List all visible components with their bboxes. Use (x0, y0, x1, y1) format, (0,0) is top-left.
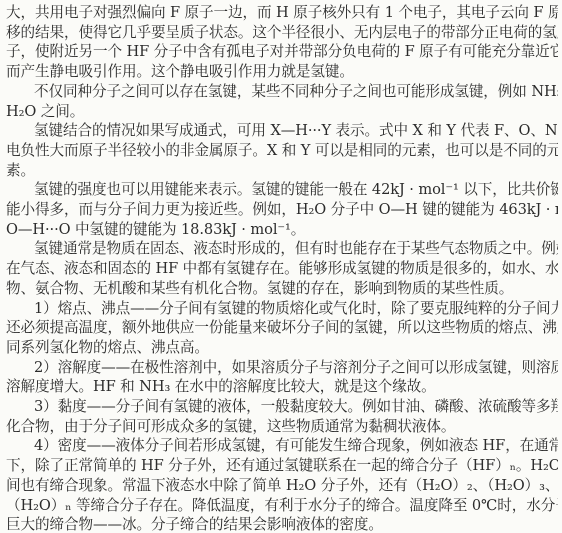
text-line: 素。 (6, 161, 558, 181)
text-line: 间也有缔合现象。常温下液态水中除了简单 H₂O 分子外，还有（H₂O）₂、（H₂… (6, 476, 558, 496)
text-line: 电负性大而原子半径较小的非金属原子。X 和 Y 可以是相同的元素，也可以是不同的… (6, 141, 558, 161)
text-line: 移的结果，使得它几乎要呈质子状态。这个半径很小、无内层电子的带部分正电荷的氢原 (6, 23, 558, 43)
text-line: 氢键的强度也可以用键能来表示。氢键的键能一般在 42kJ · mol⁻¹ 以下，… (6, 180, 558, 200)
text-line: （H₂O）ₙ 等缔合分子存在。降低温度，有利于水分子的缔合。温度降至 0℃时，水… (6, 496, 558, 516)
text-line: 氢键通常是物质在固态、液态时形成的，但有时也能存在于某些气态物质之中。例如， (6, 239, 558, 259)
text-line: 能小得多，而与分子间力更为接近些。例如，H₂O 分子中 O—H 键的键能为 46… (6, 200, 558, 220)
text-line: 同系列氢化物的熔点、沸点高。 (6, 338, 558, 358)
text-line: 子，使附近另一个 HF 分子中含有孤电子对并带部分负电荷的 F 原子有可能充分靠… (6, 42, 558, 62)
text-line: 不仅同种分子之间可以存在氢键，某些不同种分子之间也可能形成氢键，例如 NH₃ 与 (6, 82, 558, 102)
text-line: 巨大的缔合物——冰。分子缔合的结果会影响液体的密度。 (6, 515, 558, 533)
text-line: 而产生静电吸引作用。这个静电吸引作用力就是氢键。 (6, 62, 558, 82)
text-line: 氢键结合的情况如果写成通式，可用 X—H···Y 表示。式中 X 和 Y 代表 … (6, 121, 558, 141)
text-line: 还必须提高温度，额外地供应一份能量来破坏分子间的氢键，所以这些物质的熔点、沸点比 (6, 318, 558, 338)
text-line: O—H···O 中氢键的键能为 18.83kJ · mol⁻¹。 (6, 220, 558, 240)
document-page: 大，共用电子对强烈偏向 F 原子一边，而 H 原子核外只有 1 个电子，其电子云… (0, 0, 562, 533)
text-line: 下，除了正常简单的 HF 分子外，还有通过氢键联系在一起的缔合分子（HF）ₙ。H… (6, 456, 558, 476)
text-line: 化合物，由于分子间可形成众多的氢键，这些物质通常为黏稠状液体。 (6, 417, 558, 437)
text-line: H₂O 之间。 (6, 102, 558, 122)
text-line: 在气态、液态和固态的 HF 中都有氢键存在。能够形成氢键的物质是很多的，如水、水… (6, 259, 558, 279)
text-line: 物、氨合物、无机酸和某些有机化合物。氢键的存在，影响到物质的某些性质。 (6, 279, 558, 299)
text-line: 大，共用电子对强烈偏向 F 原子一边，而 H 原子核外只有 1 个电子，其电子云… (6, 3, 558, 23)
text-line: 3）黏度——分子间有氢键的液体，一般黏度较大。例如甘油、磷酸、浓硫酸等多羟基 (6, 397, 558, 417)
text-line: 溶解度增大。HF 和 NH₃ 在水中的溶解度比较大，就是这个缘故。 (6, 377, 558, 397)
text-line: 4）密度——液体分子间若形成氢键，有可能发生缔合现象，例如液态 HF，在通常条件 (6, 436, 558, 456)
text-line: 2）溶解度——在极性溶剂中，如果溶质分子与溶剂分子之间可以形成氢键，则溶质的 (6, 358, 558, 378)
text-line: 1）熔点、沸点——分子间有氢键的物质熔化或气化时，除了要克服纯粹的分子间力外， (6, 299, 558, 319)
